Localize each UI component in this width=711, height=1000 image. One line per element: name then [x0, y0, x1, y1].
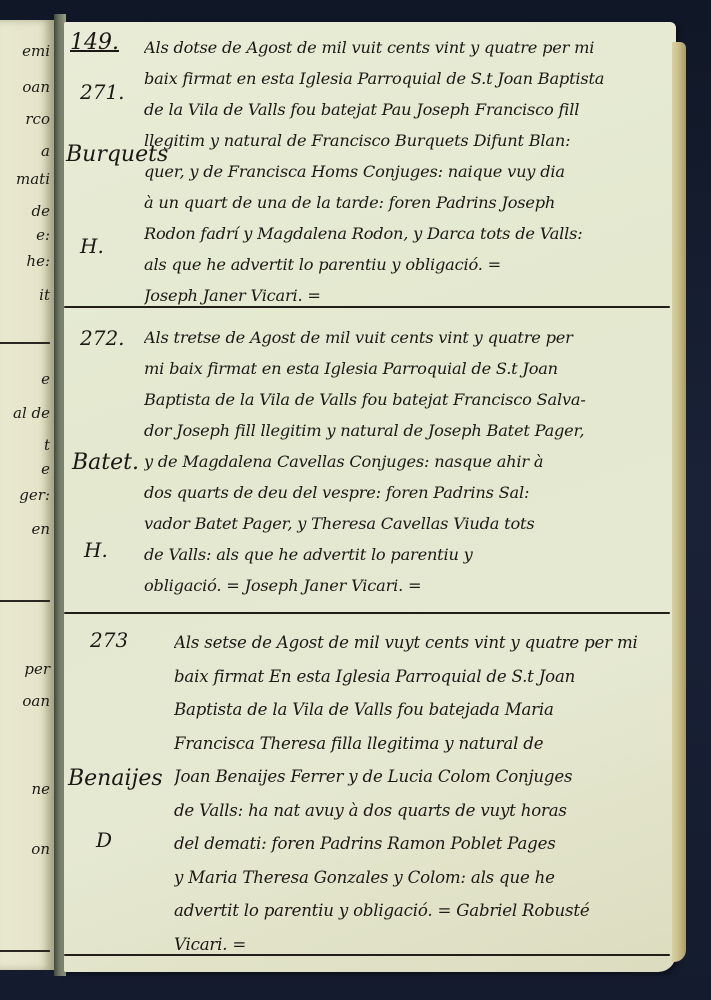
entry-surname: Benaijes	[68, 766, 163, 791]
entry-sex-mark: H.	[80, 234, 104, 258]
left-fragment: he:	[26, 252, 50, 270]
entry-line: dos quarts de deu del vespre: foren Padr…	[144, 477, 656, 508]
entry-line: vador Batet Pager, y Theresa Cavellas Vi…	[144, 508, 656, 539]
entry-number: 273	[90, 628, 128, 652]
left-fragment: emi	[22, 42, 50, 60]
entry-line: quer, y de Francisca Homs Conjuges: naiq…	[144, 156, 656, 187]
left-fragment: it	[39, 286, 50, 304]
entry-line: baix firmat en esta Iglesia Parroquial d…	[144, 63, 656, 94]
register-page: 149. 271. Burquets H. Als dotse de Agost…	[64, 22, 676, 972]
left-page-rule	[0, 600, 50, 602]
left-fragment: a	[41, 142, 50, 160]
register-entry: 273 Benaijes D Als setse de Agost de mil…	[64, 616, 676, 956]
entry-line: à un quart de una de la tarde: foren Pad…	[144, 187, 656, 218]
left-fragment: e	[41, 460, 50, 478]
left-fragment: ne	[31, 780, 50, 798]
left-fragment: rco	[25, 110, 50, 128]
entry-line: y de Magdalena Cavellas Conjuges: nasque…	[144, 446, 656, 477]
register-entry: 149. 271. Burquets H. Als dotse de Agost…	[64, 22, 676, 304]
entry-line: Joan Benaijes Ferrer y de Lucia Colom Co…	[174, 760, 656, 794]
left-fragment: per	[24, 660, 50, 678]
entry-line: mi baix firmat en esta Iglesia Parroquia…	[144, 353, 656, 384]
entry-line: Als setse de Agost de mil vuyt cents vin…	[174, 626, 656, 660]
entry-line: Als dotse de Agost de mil vuit cents vin…	[144, 32, 656, 63]
entry-line: Baptista de la Vila de Valls fou batejad…	[174, 693, 656, 727]
entry-line: obligació. = Joseph Janer Vicari. =	[144, 570, 656, 601]
left-fragment: on	[31, 840, 50, 858]
entry-text: Als setse de Agost de mil vuyt cents vin…	[174, 626, 656, 961]
left-fragment: en	[31, 520, 50, 538]
entry-text: Als dotse de Agost de mil vuit cents vin…	[144, 32, 656, 311]
left-fragment: de	[32, 202, 50, 220]
left-fragment: mati	[16, 170, 50, 188]
entry-line: del demati: foren Padrins Ramon Poblet P…	[174, 827, 656, 861]
left-fragment: oan	[22, 692, 50, 710]
entry-line: y Maria Theresa Gonzales y Colom: als qu…	[174, 861, 656, 895]
entry-line: dor Joseph fill llegitim y natural de Jo…	[144, 415, 656, 446]
entry-line: Baptista de la Vila de Valls fou batejat…	[144, 384, 656, 415]
entry-line: advertit lo parentiu y obligació. = Gabr…	[174, 894, 656, 928]
left-fragment: al de	[13, 404, 50, 422]
entry-line: Rodon fadrí y Magdalena Rodon, y Darca t…	[144, 218, 656, 249]
left-page-rule	[0, 342, 50, 344]
folio-number: 149.	[70, 30, 119, 55]
left-fragment: oan	[22, 78, 50, 96]
entry-divider	[64, 612, 670, 614]
left-page-rule	[0, 950, 50, 952]
entry-surname: Batet.	[72, 450, 139, 475]
entry-line: de la Vila de Valls fou batejat Pau Jose…	[144, 94, 656, 125]
entry-number: 272.	[80, 326, 125, 350]
left-fragment: t	[44, 436, 50, 454]
register-entry: 272. Batet. H. Als tretse de Agost de mi…	[64, 310, 676, 610]
entry-line: Als tretse de Agost de mil vuit cents vi…	[144, 322, 656, 353]
entry-divider	[64, 306, 670, 308]
entry-line: Francisca Theresa filla llegitima y natu…	[174, 727, 656, 761]
left-page-fragment: emi oan rco a mati de e: he: it e al de …	[0, 20, 56, 970]
left-fragment: e	[41, 370, 50, 388]
entry-text: Als tretse de Agost de mil vuit cents vi…	[144, 322, 656, 601]
entry-number: 271.	[80, 80, 125, 104]
entry-sex-mark: D	[96, 828, 112, 852]
entry-divider	[64, 954, 670, 956]
entry-line: de Valls: als que he advertit lo parenti…	[144, 539, 656, 570]
left-fragment: e:	[36, 226, 50, 244]
entry-line: als que he advertit lo parentiu y obliga…	[144, 249, 656, 280]
entry-line: de Valls: ha nat avuy à dos quarts de vu…	[174, 794, 656, 828]
entry-line: llegitim y natural de Francisco Burquets…	[144, 125, 656, 156]
entry-sex-mark: H.	[84, 538, 108, 562]
left-fragment: ger:	[19, 486, 50, 504]
entry-line: baix firmat En esta Iglesia Parroquial d…	[174, 660, 656, 694]
